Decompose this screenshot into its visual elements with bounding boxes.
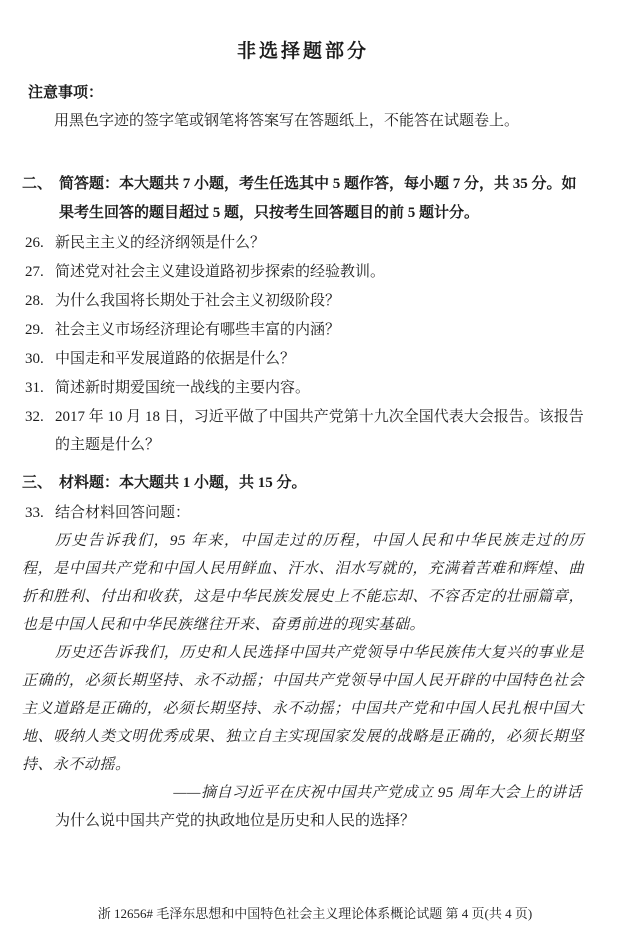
- material-paragraph-2: 历史还告诉我们，历史和人民选择中国共产党领导中华民族伟大复兴的事业是正确的，必须…: [22, 639, 584, 779]
- question-item-30: 30. 中国走和平发展道路的依据是什么？: [22, 345, 584, 373]
- question-item-28: 28. 为什么我国将长期处于社会主义初级阶段？: [22, 287, 584, 315]
- question-number: 32.: [22, 403, 55, 459]
- question-item-26: 26. 新民主主义的经济纲领是什么？: [22, 229, 584, 257]
- question-item-29: 29. 社会主义市场经济理论有哪些丰富的内涵？: [22, 316, 584, 344]
- short-answer-section-heading: 二、 简答题：本大题共 7 小题，考生任选其中 5 题作答，每小题 7 分，共 …: [22, 170, 584, 228]
- question-item-27: 27. 简述党对社会主义建设道路初步探索的经验教训。: [22, 258, 584, 286]
- material-final-question: 为什么说中国共产党的执政地位是历史和人民的选择？: [22, 807, 584, 835]
- material-section-heading: 三、 材料题：本大题共 1 小题，共 15 分。: [22, 469, 584, 498]
- question-text: 2017 年 10 月 18 日，习近平做了中国共产党第十九次全国代表大会报告。…: [55, 403, 584, 459]
- question-text: 为什么我国将长期处于社会主义初级阶段？: [55, 287, 584, 315]
- question-number: 26.: [22, 229, 55, 257]
- question-item-31: 31. 简述新时期爱国统一战线的主要内容。: [22, 374, 584, 402]
- section-heading-text: 简答题：本大题共 7 小题，考生任选其中 5 题作答，每小题 7 分，共 35 …: [59, 170, 584, 228]
- question-text: 新民主主义的经济纲领是什么？: [55, 229, 584, 257]
- question-item-32: 32. 2017 年 10 月 18 日，习近平做了中国共产党第十九次全国代表大…: [22, 403, 584, 459]
- material-paragraph-1: 历史告诉我们，95 年来，中国走过的历程，中国人民和中华民族走过的历程，是中国共…: [22, 527, 584, 639]
- question-item-33: 33. 结合材料回答问题：: [22, 499, 584, 527]
- question-number: 30.: [22, 345, 55, 373]
- question-number: 28.: [22, 287, 55, 315]
- question-text: 中国走和平发展道路的依据是什么？: [55, 345, 584, 373]
- material-source-attribution: ——摘自习近平在庆祝中国共产党成立 95 周年大会上的讲话: [22, 779, 584, 807]
- page-footer: 浙 12656# 毛泽东思想和中国特色社会主义理论体系概论试题 第 4 页(共 …: [0, 906, 630, 922]
- question-text: 简述党对社会主义建设道路初步探索的经验教训。: [55, 258, 584, 286]
- question-text: 社会主义市场经济理论有哪些丰富的内涵？: [55, 316, 584, 344]
- material-text-block: 历史告诉我们，95 年来，中国走过的历程，中国人民和中华民族走过的历程，是中国共…: [22, 527, 584, 779]
- question-number: 31.: [22, 374, 55, 402]
- question-text: 简述新时期爱国统一战线的主要内容。: [55, 374, 584, 402]
- section-label: 二、: [22, 170, 59, 228]
- question-intro: 结合材料回答问题：: [55, 499, 584, 527]
- question-number: 27.: [22, 258, 55, 286]
- section-label: 三、: [22, 469, 59, 498]
- section-heading-text: 材料题：本大题共 1 小题，共 15 分。: [59, 469, 584, 498]
- exam-paper-page: 非选择题部分 注意事项： 用黑色字迹的签字笔或钢笔将答案写在答题纸上，不能答在试…: [0, 0, 630, 946]
- question-number: 29.: [22, 316, 55, 344]
- page-title: 非选择题部分: [22, 40, 584, 64]
- notice-heading: 注意事项：: [28, 85, 584, 102]
- question-number: 33.: [22, 499, 55, 527]
- notice-text: 用黑色字迹的签字笔或钢笔将答案写在答题纸上，不能答在试题卷上。: [22, 113, 584, 130]
